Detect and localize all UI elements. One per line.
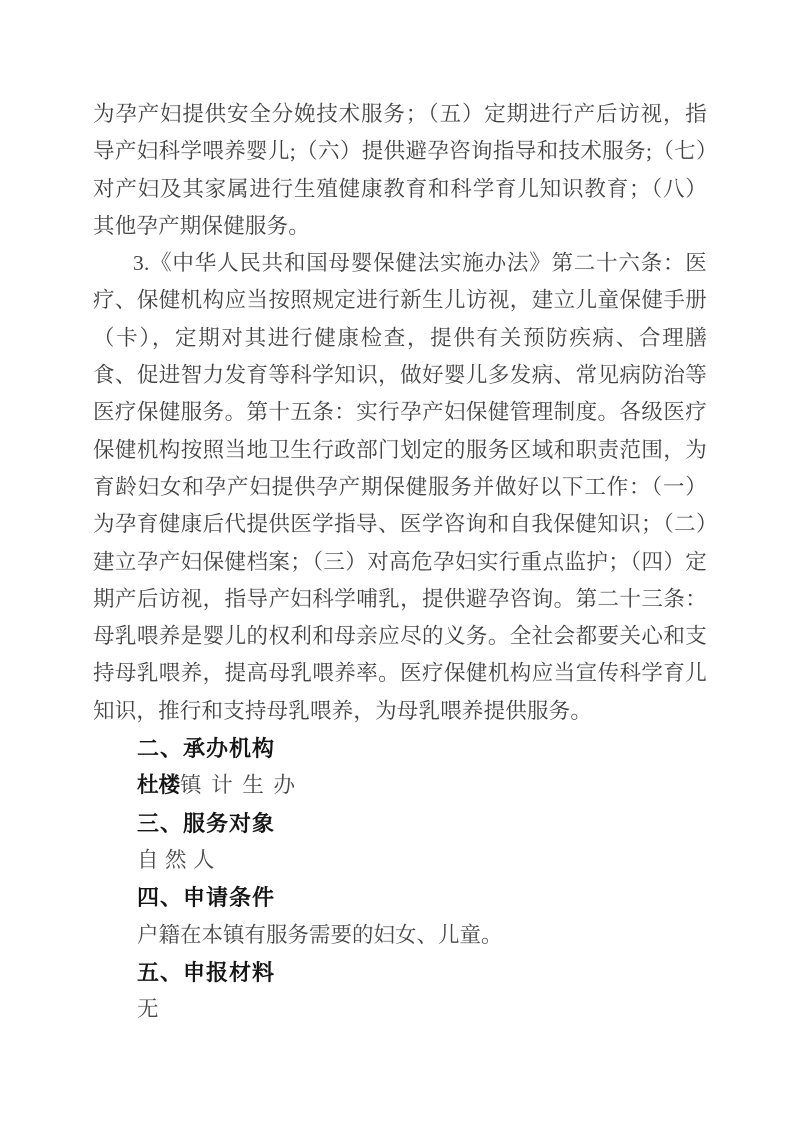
section-heading-service-target: 三、服务对象: [93, 805, 707, 842]
answer-service-target: 自然人: [93, 842, 707, 879]
answer-application-conditions: 户籍在本镇有服务需要的妇女、儿童。: [93, 917, 707, 954]
section-heading-application-conditions: 四、申请条件: [93, 879, 707, 916]
document-content: 为孕产妇提供安全分娩技术服务；（五）定期进行产后访视，指导产妇科学喂养婴儿;（六…: [93, 96, 707, 1028]
document-page: { "page": { "background_color": "#ffffff…: [0, 0, 793, 1122]
section-heading-undertaking-agency: 二、承办机构: [93, 730, 707, 767]
page-background: 为孕产妇提供安全分娩技术服务；（五）定期进行产后访视，指导产妇科学喂养婴儿;（六…: [0, 0, 793, 1122]
answer-undertaking-agency-rest: 镇计生办: [180, 773, 305, 797]
answer-undertaking-agency: 杜楼镇计生办: [93, 767, 707, 804]
answer-application-materials: 无: [93, 991, 707, 1028]
paragraph-continuation: 为孕产妇提供安全分娩技术服务；（五）定期进行产后访视，指导产妇科学喂养婴儿;（六…: [93, 96, 707, 245]
answer-service-target-text: 自然人: [137, 848, 221, 872]
paragraph-law-citation: 3.《中华人民共和国母婴保健法实施办法》第二十六条：医疗、保健机构应当按照规定进…: [93, 245, 707, 730]
section-heading-application-materials: 五、申报材料: [93, 954, 707, 991]
answer-undertaking-agency-bold: 杜楼: [137, 773, 180, 797]
